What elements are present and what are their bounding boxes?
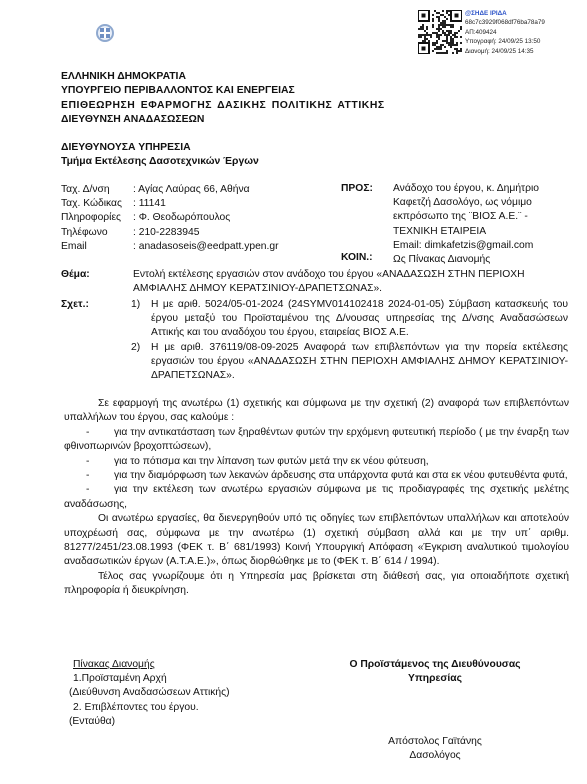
recipient-line: εκπρόσωπο της ¨ΒΙΟΣ Α.Ε.¨ - [393,210,539,224]
related-item-number: 2) [131,341,140,355]
subject-text: Εντολή εκτέλεσης εργασιών στον ανάδοχο τ… [133,268,525,296]
letterhead-line: ΕΠΙΘΕΩΡΗΣΗ ΕΦΑΡΜΟΓΗΣ ΔΑΣΙΚΗΣ ΠΟΛΙΤΙΚΗΣ Α… [61,99,385,113]
recipient-email[interactable]: Email: dimkafetzis@gmail.com [393,239,539,253]
body-text: Σε εφαρμογή της ανωτέρω (1) σχετικής και… [64,397,569,599]
letterhead-line: ΥΠΟΥΡΓΕΙΟ ΠΕΡΙΒΑΛΛΟΝΤΟΣ ΚΑΙ ΕΝΕΡΓΕΙΑΣ [61,84,385,98]
cc-label: ΚΟΙΝ.: [341,251,373,265]
emblem-quadrant [106,34,110,38]
letterhead-line: ΕΛΛΗΝΙΚΗ ΔΗΜΟΚΡΑΤΙΑ [61,70,385,84]
related-item-text: Η με αριθ. 376119/08-09-2025 Αναφορά των… [151,341,568,383]
body-bullet: -για την αντικατάσταση των ξηραθέντων φυ… [64,426,569,455]
signature-title-line: Υπηρεσίας [320,672,550,686]
letterhead: ΕΛΛΗΝΙΚΗ ΔΗΜΟΚΡΑΤΙΑ ΥΠΟΥΡΓΕΙΟ ΠΕΡΙΒΑΛΛΟΝ… [61,70,385,169]
subject-label: Θέμα: [61,268,90,282]
emblem-cross [104,28,106,38]
directorate: ΔΙΕΥΘΥΝΟΥΣΑ ΥΠΗΡΕΣΙΑ [61,141,385,155]
signer-role: Δασολόγος [320,749,550,763]
signature-title: Ο Προϊστάμενος της Διευθύνουσας Υπηρεσία… [320,658,550,686]
distribution-line: (Ενταύθα) [69,715,230,729]
contact-label: Ταχ. Δ/νση [61,183,122,197]
related-item-text: Η με αριθ. 5024/05-01-2024 (24SYMV014102… [151,298,568,340]
contact-email[interactable]: : anadasoseis@eedpatt.ypen.gr [133,240,279,254]
contact-label: Πληροφορίες [61,211,122,225]
letterhead-line: ΔΙΕΥΘΥΝΣΗ ΑΝΑΔΑΣΩΣΕΩΝ [61,113,385,127]
bullet-text: για την αντικατάσταση των ξηραθέντων φυτ… [64,427,569,452]
qr-code-icon [418,10,462,54]
contact-postcode: : 11141 [133,197,279,211]
contact-labels: Ταχ. Δ/νση Ταχ. Κώδικας Πληροφορίες Τηλέ… [61,183,122,254]
distribution-line: 2. Επιβλέποντες του έργου. [73,701,230,715]
bullet-marker: - [86,455,114,469]
contact-values: : Αγίας Λαύρας 66, Αθήνα : 11141 : Φ. Θε… [133,183,279,254]
contact-phone: : 210-2283945 [133,226,279,240]
recipient-line: Καφετζή Δασολόγο, ως νόμιμο [393,196,539,210]
stamp-signed: Υπογραφή: 24/09/25 13:50 [465,37,545,46]
bullet-marker: - [86,483,114,497]
distribution-title: Πίνακας Διανομής [73,658,230,672]
greek-coat-of-arms-icon [96,24,114,42]
bullet-marker: - [86,469,114,483]
related-label: Σχετ.: [61,298,89,312]
signer-name: Απόστολος Γαϊτάνης [320,735,550,749]
bullet-text: για την διαμόρφωση των λεκανών άρδευσης … [114,470,568,481]
contact-address: : Αγίας Λαύρας 66, Αθήνα [133,183,279,197]
stamp-protocol: ΑΠ:409424 [465,28,545,37]
stamp-brand: @ΣΗΔΕ ΙΡΙΔΑ [465,9,545,18]
body-bullet: -για την διαμόρφωση των λεκανών άρδευσης… [64,469,569,483]
body-intro: Σε εφαρμογή της ανωτέρω (1) σχετικής και… [64,397,569,426]
contact-label: Τηλέφωνο [61,226,122,240]
contact-label: Ταχ. Κώδικας [61,197,122,211]
related-item-number: 1) [131,298,140,312]
bullet-marker: - [86,426,114,440]
cc-value: Ως Πίνακας Διανομής [393,253,539,267]
stamp-hash: 68c7c3929f068df76ba78a79 [465,18,545,27]
recipient-line: Ανάδοχο του έργου, κ. Δημήτριο [393,182,539,196]
qr-pattern [418,10,462,54]
recipient-line: ΤΕΧΝΙΚΗ ΕΤΑΙΡΕΙΑ [393,225,539,239]
bullet-text: για την εκτέλεση των ανωτέρω εργασιών σύ… [64,484,569,509]
related-item: 2) Η με αριθ. 376119/08-09-2025 Αναφορά … [131,341,568,383]
stamp-distributed: Διανομή: 24/09/25 14:35 [465,47,545,56]
body-bullet: -για την εκτέλεση των ανωτέρω εργασιών σ… [64,483,569,512]
signature-title-line: Ο Προϊστάμενος της Διευθύνουσας [320,658,550,672]
distribution-list: Πίνακας Διανομής 1.Προϊσταμένη Αρχή (Διε… [73,658,230,729]
body-bullet: -για το πότισμα και την λίπανση των φυτώ… [64,455,569,469]
distribution-line: (Διεύθυνση Αναδασώσεων Αττικής) [69,686,230,700]
body-instructions: Οι ανωτέρω εργασίες, θα διενεργηθούν υπό… [64,512,569,570]
signer: Απόστολος Γαϊτάνης Δασολόγος [320,735,550,763]
signature-stamp: @ΣΗΔΕ ΙΡΙΔΑ 68c7c3929f068df76ba78a79 ΑΠ:… [465,9,545,56]
related-item: 1) Η με αριθ. 5024/05-01-2024 (24SYMV014… [131,298,568,340]
distribution-line: 1.Προϊσταμένη Αρχή [73,672,230,686]
department: Τμήμα Εκτέλεσης Δασοτεχνικών Έργων [61,155,385,169]
recipient-block: Ανάδοχο του έργου, κ. Δημήτριο Καφετζή Δ… [393,182,539,267]
recipient-label: ΠΡΟΣ: [341,182,373,196]
subject-line: ΑΜΦΙΑΛΗΣ ΔΗΜΟΥ ΚΕΡΑΤΣΙΝΙΟΥ-ΔΡΑΠΕΤΣΩΝΑΣ». [133,282,525,296]
contact-label: Email [61,240,122,254]
contact-person: : Φ. Θεοδωρόπουλος [133,211,279,225]
subject-line: Εντολή εκτέλεσης εργασιών στον ανάδοχο τ… [133,268,525,282]
body-closing: Τέλος σας γνωρίζουμε ότι η Υπηρεσία μας … [64,570,569,599]
bullet-text: για το πότισμα και την λίπανση των φυτών… [114,456,429,467]
